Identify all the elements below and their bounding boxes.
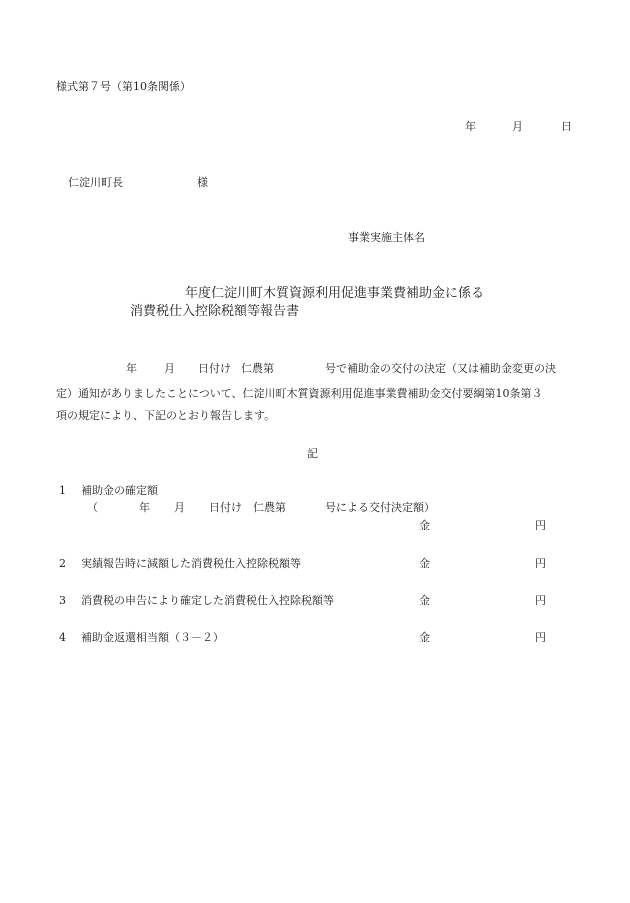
item-2-number: 2 [59, 557, 66, 571]
item-3-label: 消費税の申告により確定した消費税仕入控除税額等 [81, 594, 334, 608]
form-number: 様式第７号（第10条関係） [56, 80, 191, 94]
item-1-rest: 号による交付決定額） [325, 501, 435, 515]
date-day-label: 日 [561, 120, 572, 134]
body-line1-rest: 号で補助金の交付の決定（又は補助金変更の決 [325, 362, 556, 376]
body-line3: 項の規定により、下記のとおり報告します。 [56, 409, 275, 423]
addressee-name: 仁淀川町長 [68, 176, 123, 190]
item-4-kin: 金 [419, 631, 430, 645]
ki-heading: 記 [307, 447, 318, 461]
item-1-year: 年 [139, 501, 150, 515]
body-month: 月 [164, 362, 175, 376]
item-2-label: 実績報告時に減額した消費税仕入控除税額等 [81, 557, 301, 571]
applicant-label: 事業実施主体名 [348, 231, 425, 245]
date-month-label: 月 [512, 120, 523, 134]
body-date-suffix: 日付け [198, 362, 231, 376]
item-2-kin: 金 [419, 557, 430, 571]
body-year: 年 [126, 362, 137, 376]
item-4-yen: 円 [535, 631, 546, 645]
item-4-label: 補助金返還相当額（３－２） [81, 631, 224, 645]
item-4-number: 4 [59, 631, 66, 645]
body-doc-prefix: 仁農第 [241, 362, 274, 376]
item-1-kin: 金 [419, 519, 430, 533]
item-3-yen: 円 [535, 594, 546, 608]
item-1-month: 月 [174, 501, 185, 515]
item-1-label: 補助金の確定額 [81, 484, 158, 498]
document-title-line1: 年度仁淀川町木質資源利用促進事業費補助金に係る [185, 286, 484, 302]
addressee-honorific: 様 [197, 176, 208, 190]
item-3-kin: 金 [419, 594, 430, 608]
item-1-yen: 円 [535, 519, 546, 533]
item-1-doc-prefix: 仁農第 [253, 501, 286, 515]
item-1-number: 1 [59, 484, 66, 498]
item-2-yen: 円 [535, 557, 546, 571]
item-1-date-suffix: 日付け [209, 501, 242, 515]
date-year-label: 年 [465, 120, 476, 134]
item-3-number: 3 [59, 594, 66, 608]
item-1-open-paren: （ [87, 501, 98, 515]
document-title-line2: 消費税仕入控除税額等報告書 [130, 304, 299, 320]
body-line2: 定）通知がありましたことについて、仁淀川町木質資源利用促進事業費補助金交付要綱第… [56, 387, 543, 401]
